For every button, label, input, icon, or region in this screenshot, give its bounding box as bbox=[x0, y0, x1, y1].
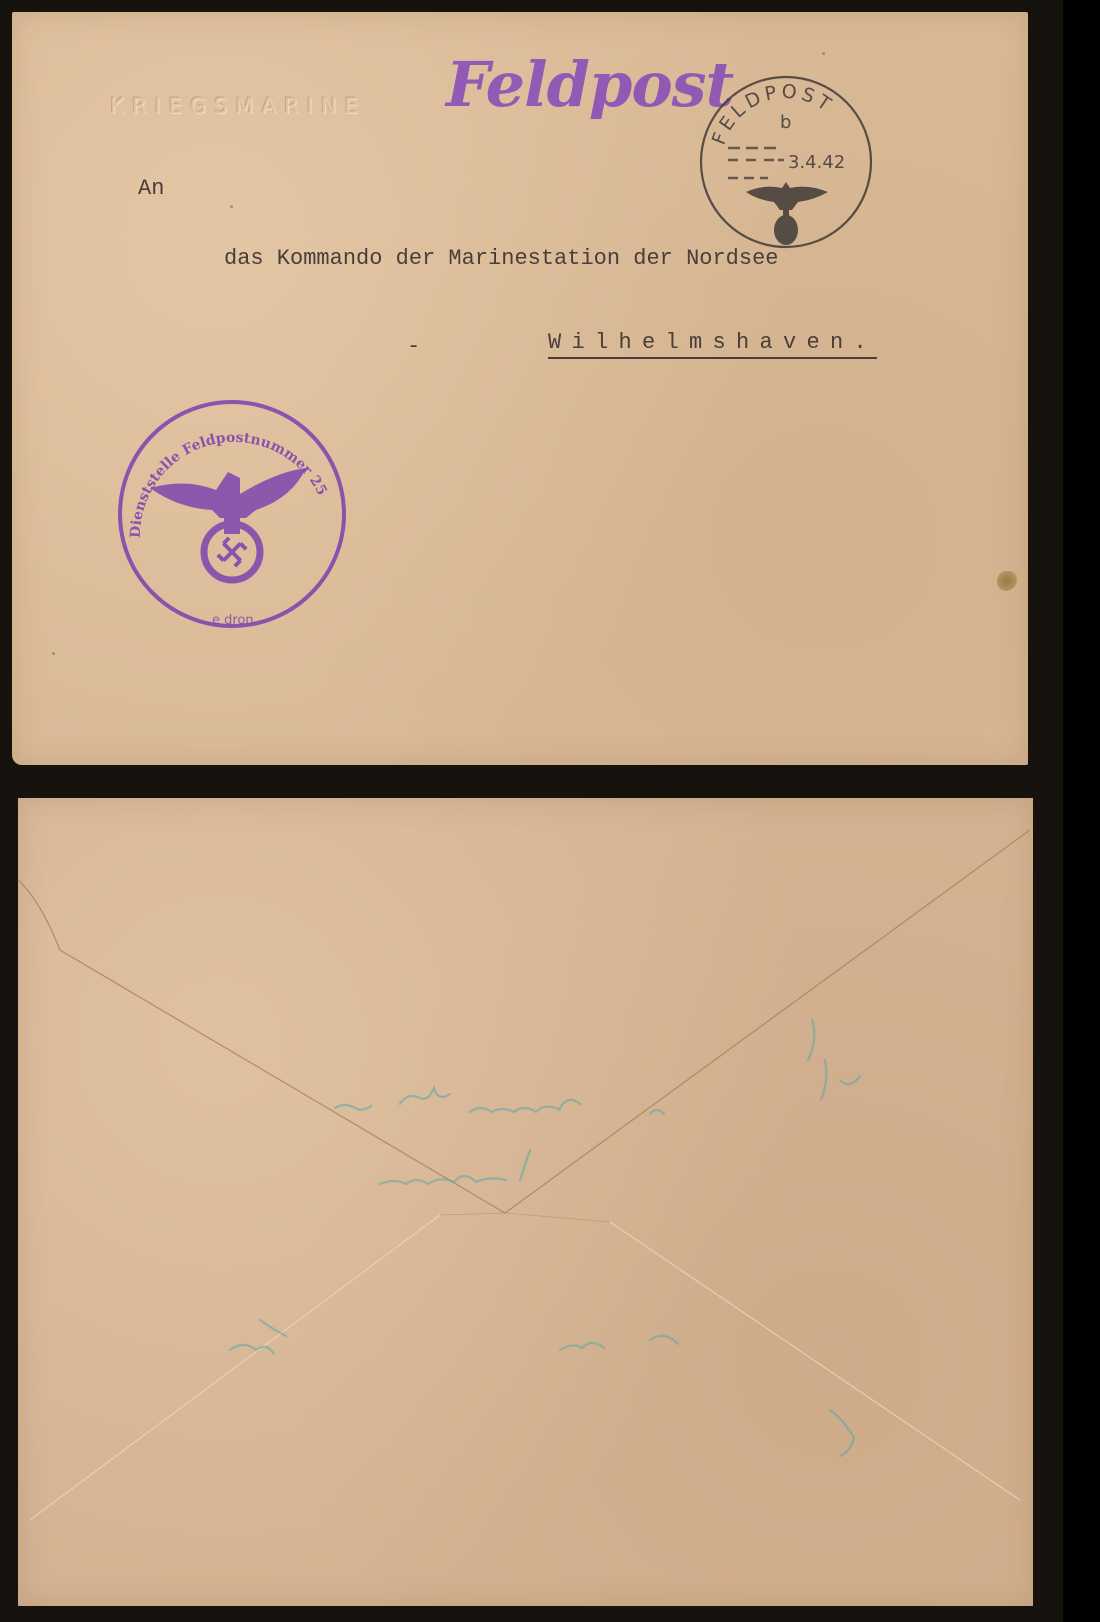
back-handwriting bbox=[0, 0, 1100, 1622]
